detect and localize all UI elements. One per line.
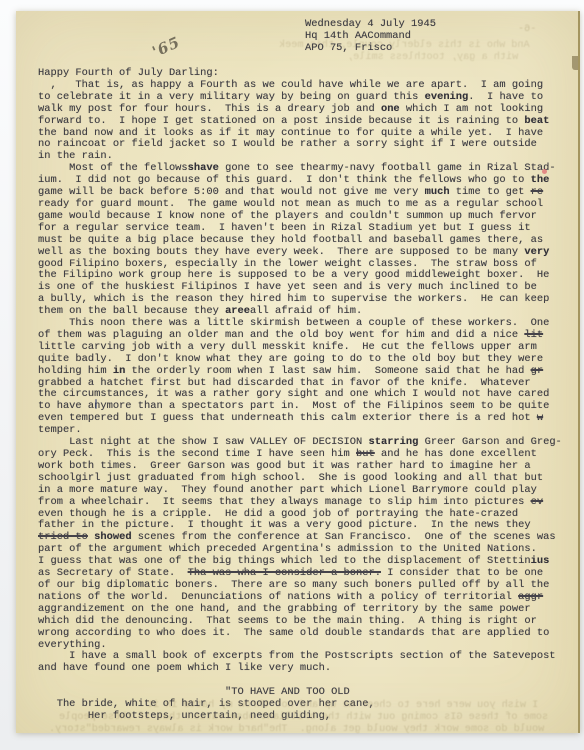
ink-mark	[95, 399, 97, 409]
letter-line: which did the denouncing. That seems to …	[38, 616, 562, 628]
bleedthrough-line: would do some work they would get along.…	[49, 724, 544, 736]
letter-line: well as the boxing bouts they have every…	[38, 247, 562, 259]
bleedthrough-line: some of these GIs coming out with the br…	[59, 712, 548, 724]
pencil-year-note: '65	[150, 33, 183, 61]
paper-corner-shade	[572, 56, 578, 70]
letterhead: Wednesday 4 July 1945Hq 14th AACommandAP…	[305, 18, 436, 55]
letter-line: must be quite a big place because they h…	[38, 235, 562, 247]
bleedthrough-line: -6-	[518, 24, 536, 36]
letter-line: nations of the world. Denunciations of n…	[38, 592, 562, 604]
letter-line: schoolgirl just graduated from high scho…	[38, 473, 562, 485]
letterhead-line: Wednesday 4 July 1945	[305, 18, 436, 30]
letterhead-line: Hq 14th AACommand	[305, 30, 436, 42]
letter-line: wrong according to who does it. The same…	[38, 628, 562, 640]
letter-line: in a more mature way. They found another…	[38, 485, 562, 497]
letter-line: even tempered but I guess that underneat…	[38, 413, 562, 425]
letter-line: aggrandizement on the one hand, and the …	[38, 604, 562, 616]
letter-line: from a wheelchair. It seems that they al…	[38, 497, 562, 509]
letter-line: holding him in the orderly room when I l…	[38, 366, 562, 378]
letterhead-line: APO 75, Frisco	[305, 42, 436, 54]
bleedthrough-line: I wish you were here to cheer me up and …	[147, 700, 538, 712]
letter-line: forward to. I hope I get stationed on a …	[38, 116, 562, 128]
photo-of-letter: { "document": { "pencil_note": "'65", "l…	[0, 0, 584, 750]
letter-body: Happy Fourth of July Darling: , That is,…	[38, 68, 562, 723]
letter-line: little carving job with a very dull mess…	[38, 342, 562, 354]
letter-line: for a regular service team. I haven't be…	[38, 223, 562, 235]
red-pencil-mark	[542, 169, 547, 174]
letter-line: no raincoat or field jacket so I would b…	[38, 139, 562, 151]
letter-line: walk my post for four hours. This is a d…	[38, 104, 562, 116]
letter-line: to celebrate it in a very military way b…	[38, 92, 562, 104]
letter-paper: -6- And who is this elderly couple, this…	[16, 11, 580, 733]
letter-line: game would because I know none of the pl…	[38, 211, 562, 223]
letter-line: and have found one poem which I like ver…	[38, 663, 562, 675]
